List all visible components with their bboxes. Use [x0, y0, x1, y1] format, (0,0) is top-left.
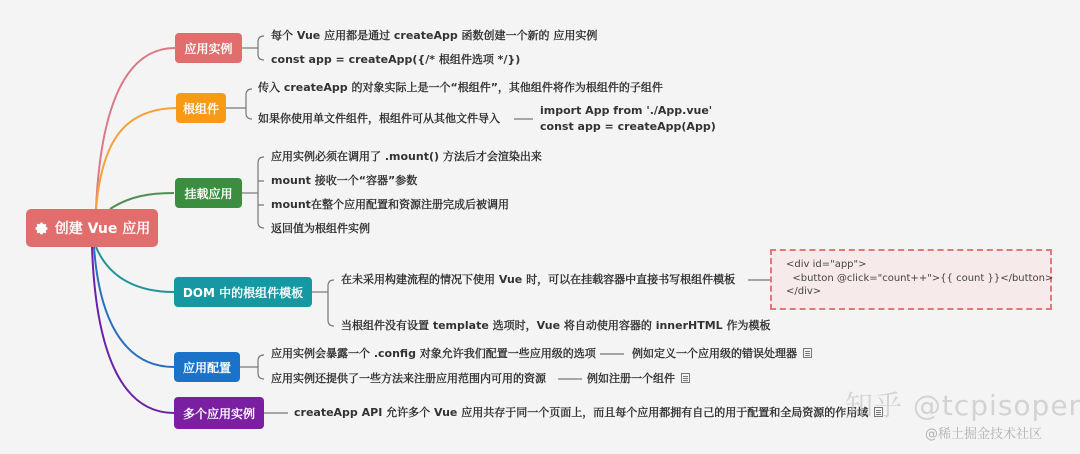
leaf-item[interactable]: 应用实例会暴露一个 .config 对象允许我们配置一些应用级的选项	[271, 347, 596, 361]
sub-leaf-item[interactable]: import App from './App.vue'	[540, 104, 712, 118]
root-node[interactable]: 创建 Vue 应用	[26, 209, 158, 247]
root-label: 创建 Vue 应用	[55, 218, 151, 238]
branch-mount-app[interactable]: 挂载应用	[175, 178, 242, 208]
sub-leaf-label: 例如定义一个应用级的错误处理器	[632, 347, 797, 360]
sub-leaf-item[interactable]: const app = createApp(App)	[540, 120, 716, 134]
watermark-juejin: @稀土掘金技术社区	[925, 423, 1042, 442]
branch-label: 挂载应用	[184, 185, 232, 202]
leaf-item[interactable]: 返回值为根组件实例	[271, 222, 370, 236]
branch-app-instance[interactable]: 应用实例	[175, 33, 242, 63]
leaf-item[interactable]: 应用实例必须在调用了 .mount() 方法后才会渲染出来	[271, 150, 542, 164]
leaf-item[interactable]: mount在整个应用配置和资源注册完成后被调用	[271, 198, 509, 212]
branch-label: DOM 中的根组件模板	[183, 284, 303, 301]
branch-label: 多个应用实例	[183, 405, 255, 422]
note-icon[interactable]	[681, 373, 690, 383]
leaf-item[interactable]: 传入 createApp 的对象实际上是一个“根组件”，其他组件将作为根组件的子…	[258, 81, 663, 95]
mindmap-canvas: 创建 Vue 应用 应用实例 每个 Vue 应用都是通过 createApp 函…	[0, 0, 1080, 454]
sub-leaf-item[interactable]: 例如定义一个应用级的错误处理器	[632, 347, 812, 361]
leaf-label: createApp API 允许多个 Vue 应用共存于同一个页面上，而且每个应…	[294, 406, 868, 419]
watermark-zhihu: 知乎 @tcpisopen	[845, 384, 1080, 424]
branch-app-config[interactable]: 应用配置	[174, 352, 240, 382]
leaf-item[interactable]: createApp API 允许多个 Vue 应用共存于同一个页面上，而且每个应…	[294, 406, 883, 420]
leaf-item[interactable]: 每个 Vue 应用都是通过 createApp 函数创建一个新的 应用实例	[271, 29, 597, 43]
sub-leaf-item[interactable]: 例如注册一个组件	[587, 372, 690, 386]
leaf-item[interactable]: const app = createApp({/* 根组件选项 */})	[271, 53, 520, 67]
leaf-item[interactable]: 如果你使用单文件组件，根组件可从其他文件导入	[258, 112, 500, 126]
branch-root-component[interactable]: 根组件	[176, 93, 226, 123]
gear-icon	[34, 221, 49, 236]
branch-label: 根组件	[183, 100, 219, 117]
code-snippet-box[interactable]: <div id="app"> <button @click="count++">…	[770, 249, 1052, 310]
leaf-item[interactable]: mount 接收一个“容器”参数	[271, 174, 417, 188]
sub-leaf-label: 例如注册一个组件	[587, 372, 675, 385]
branch-dom-root-template[interactable]: DOM 中的根组件模板	[174, 277, 312, 307]
branch-multiple-app-instances[interactable]: 多个应用实例	[174, 397, 264, 429]
leaf-item[interactable]: 在未采用构建流程的情况下使用 Vue 时，可以在挂载容器中直接书写根组件模板	[341, 273, 735, 287]
leaf-item[interactable]: 应用实例还提供了一些方法来注册应用范围内可用的资源	[271, 372, 546, 386]
leaf-item[interactable]: 当根组件没有设置 template 选项时，Vue 将自动使用容器的 inner…	[341, 319, 771, 333]
branch-label: 应用实例	[184, 40, 232, 57]
branch-label: 应用配置	[183, 359, 231, 376]
note-icon[interactable]	[803, 348, 812, 358]
